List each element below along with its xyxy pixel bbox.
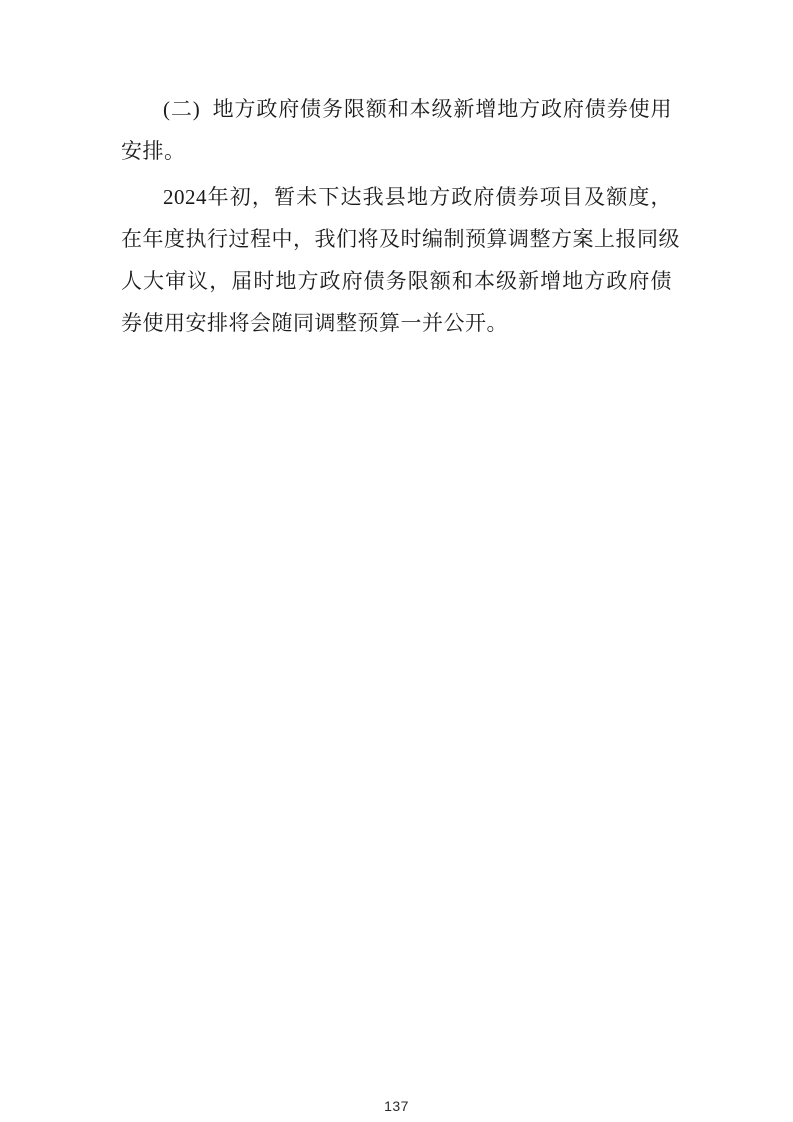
document-page: (二) 地方政府债务限额和本级新增地方政府债券使用 安排。 2024年初，暂未下…	[0, 0, 793, 1122]
paragraph-line-3: 人大审议，届时地方政府债务限额和本级新增地方政府债	[121, 260, 672, 302]
section-heading-line-2: 安排。	[121, 130, 672, 172]
paragraph-line-1: 2024年初，暂未下达我县地方政府债券项目及额度，	[121, 176, 672, 218]
section-heading-line-1: (二) 地方政府债务限额和本级新增地方政府债券使用	[121, 88, 672, 130]
body-paragraph: 2024年初，暂未下达我县地方政府债券项目及额度， 在年度执行过程中，我们将及时…	[121, 176, 672, 344]
page-content: (二) 地方政府债务限额和本级新增地方政府债券使用 安排。 2024年初，暂未下…	[121, 88, 672, 344]
page-footer: 137	[0, 1098, 793, 1116]
section-heading: (二) 地方政府债务限额和本级新增地方政府债券使用 安排。	[121, 88, 672, 172]
paragraph-line-4: 券使用安排将会随同调整预算一并公开。	[121, 302, 672, 344]
paragraph-line-2: 在年度执行过程中，我们将及时编制预算调整方案上报同级	[121, 218, 672, 260]
page-number: 137	[384, 1098, 409, 1114]
